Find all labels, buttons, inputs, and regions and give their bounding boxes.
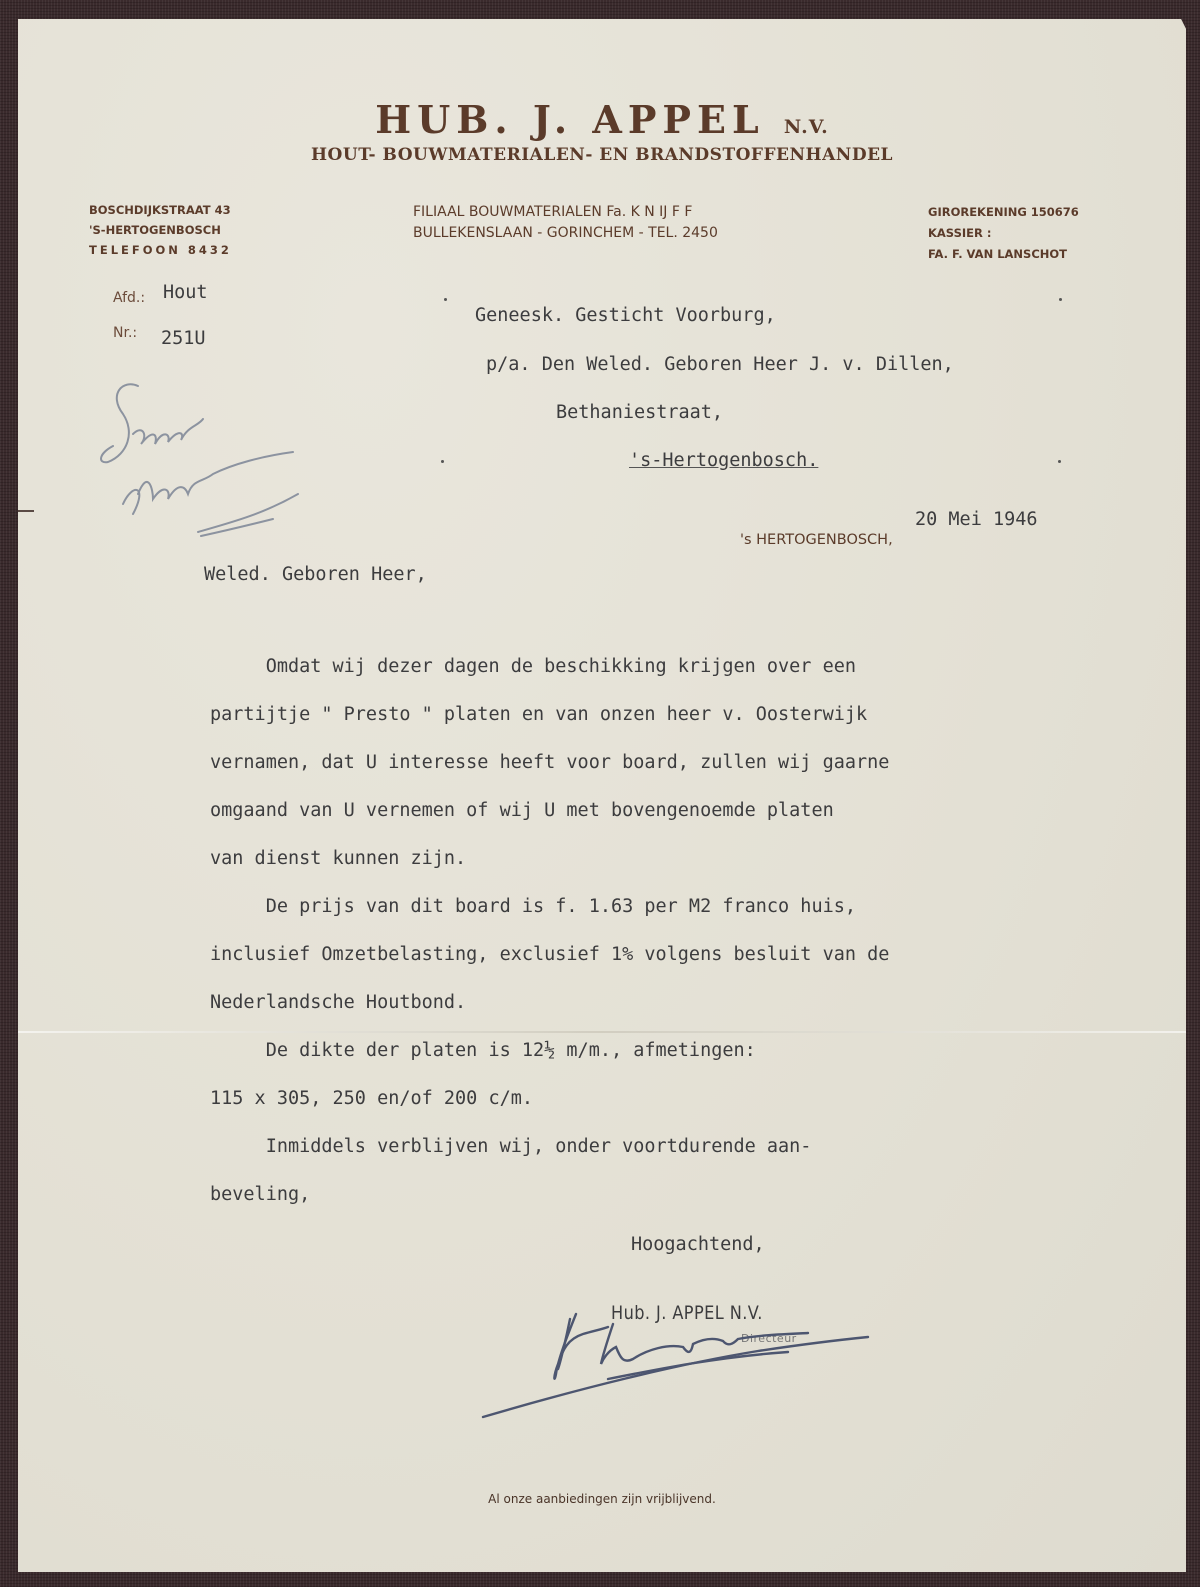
address-city: 'S-HERTOGENBOSCH <box>89 220 232 240</box>
body-line: Omdat wij dezer dagen de beschikking kri… <box>210 656 856 677</box>
bank-block: GIROREKENING 150676 KASSIER : FA. F. VAN… <box>928 202 1079 265</box>
giro-account: GIROREKENING 150676 <box>928 202 1079 223</box>
footer-disclaimer: Al onze aanbiedingen zijn vrijblijvend. <box>18 1492 1186 1506</box>
department-label: Afd.: <box>113 290 145 306</box>
dateline-place: 's HERTOGENBOSCH, <box>740 532 893 548</box>
signature-icon <box>458 1309 878 1419</box>
body-line: van dienst kunnen zijn. <box>210 848 466 869</box>
body-line: omgaand van U vernemen of wij U met bove… <box>210 800 834 821</box>
recipient-line-3: Bethaniestraat, <box>556 402 723 423</box>
company-name: HUB. J. APPEL N.V. <box>18 97 1186 142</box>
handwritten-note-icon <box>93 374 313 544</box>
address-street: BOSCHDIJKSTRAAT 43 <box>89 200 232 220</box>
salutation: Weled. Geboren Heer, <box>204 564 427 585</box>
company-tagline: HOUT- BOUWMATERIALEN- EN BRANDSTOFFENHAN… <box>18 145 1186 165</box>
paper-fold-line <box>18 1031 1186 1033</box>
recipient-line-2: p/a. Den Weled. Geboren Heer J. v. Dille… <box>486 354 954 375</box>
body-line: Inmiddels verblijven wij, onder voortdur… <box>210 1136 811 1157</box>
branch-name: FILIAAL BOUWMATERIALEN Fa. K N IJ F F <box>413 202 718 223</box>
address-phone: TELEFOON 8432 <box>89 240 232 260</box>
body-line: De prijs van dit board is f. 1.63 per M2… <box>210 896 856 917</box>
department-value: Hout <box>163 282 208 303</box>
margin-dot <box>1058 460 1061 463</box>
letter-page: HUB. J. APPEL N.V. HOUT- BOUWMATERIALEN-… <box>18 19 1186 1572</box>
closing-greeting: Hoogachtend, <box>631 1234 765 1255</box>
body-line: Nederlandsche Houtbond. <box>210 992 466 1013</box>
cashier-name: FA. F. VAN LANSCHOT <box>928 244 1079 265</box>
margin-dot <box>444 298 447 301</box>
body-line: beveling, <box>210 1184 310 1205</box>
address-block: BOSCHDIJKSTRAAT 43 'S-HERTOGENBOSCH TELE… <box>89 200 232 260</box>
number-value: 251U <box>161 328 206 349</box>
branch-block: FILIAAL BOUWMATERIALEN Fa. K N IJ F F BU… <box>413 202 718 244</box>
number-label: Nr.: <box>113 325 137 341</box>
body-line: vernamen, dat U interesse heeft voor boa… <box>210 752 889 773</box>
company-suffix: N.V. <box>784 116 829 138</box>
company-name-text: HUB. J. APPEL <box>375 97 764 142</box>
fold-mark <box>18 510 34 512</box>
cashier-label: KASSIER : <box>928 223 1079 244</box>
dateline-date: 20 Mei 1946 <box>915 509 1038 530</box>
body-line: 115 x 305, 250 en/of 200 c/m. <box>210 1088 533 1109</box>
body-line: inclusief Omzetbelasting, exclusief 1% v… <box>210 944 889 965</box>
branch-address: BULLEKENSLAAN - GORINCHEM - TEL. 2450 <box>413 223 718 244</box>
recipient-line-1: Geneesk. Gesticht Voorburg, <box>475 305 776 326</box>
margin-dot <box>441 460 444 463</box>
margin-dot <box>1059 298 1062 301</box>
body-line: partijtje " Presto " platen en van onzen… <box>210 704 867 725</box>
recipient-line-4: 's-Hertogenbosch. <box>629 450 818 471</box>
body-line: De dikte der platen is 12½ m/m., afmetin… <box>210 1040 756 1061</box>
